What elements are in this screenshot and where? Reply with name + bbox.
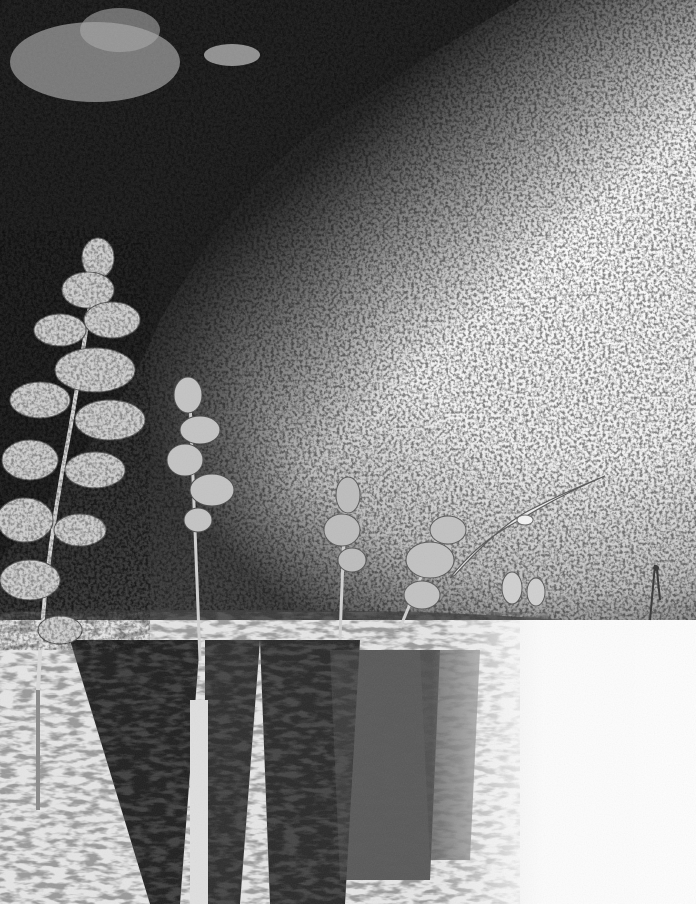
scene — [0, 0, 696, 904]
film-grain — [0, 0, 696, 904]
photo-canvas — [0, 0, 696, 904]
